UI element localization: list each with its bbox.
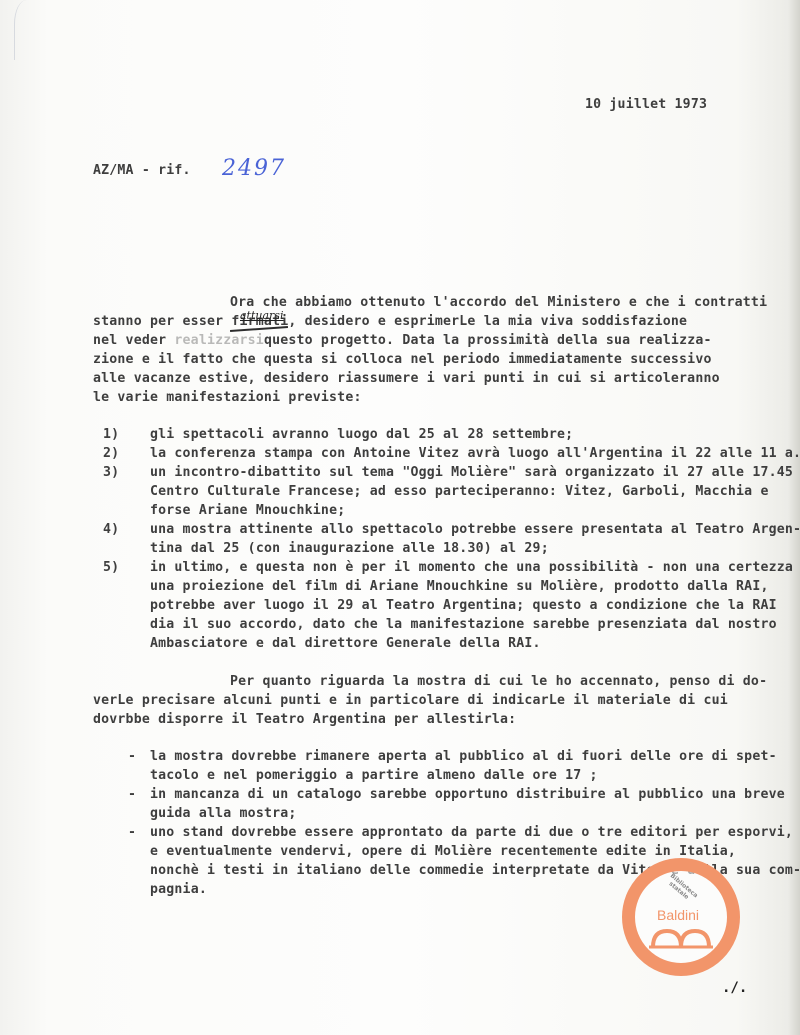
open-book-icon: [649, 927, 713, 949]
paragraph-line: stanno per esser firmati, desidero e esp…: [93, 313, 687, 331]
line-start: nel veder: [93, 333, 174, 348]
handwritten-correction: attuarsi: [240, 309, 283, 322]
stamp-name: Baldini: [657, 907, 699, 923]
bullet-dash: -: [128, 748, 136, 766]
line-end: questo progetto. Data la prossimità dell…: [264, 333, 712, 348]
paragraph-line: alle vacanze estive, desidero riassumere…: [93, 370, 720, 388]
paragraph-line: dovrbbe disporre il Teatro Argentina per…: [93, 711, 516, 729]
item-number: 3): [103, 464, 119, 482]
bullet-dash: -: [128, 824, 136, 842]
dash-item-line: tacolo e nel pomeriggio a partire almeno…: [150, 767, 598, 785]
dash-item-line: uno stand dovrebbe essere approntato da …: [150, 824, 793, 842]
numbered-item-line: dia il suo accordo, dato che la manifest…: [150, 616, 777, 634]
letter-date: 10 juillet 1973: [585, 96, 707, 114]
numbered-item-line: una mostra attinente allo spettacolo pot…: [150, 521, 800, 539]
paragraph-line: zione e il fatto che questa si colloca n…: [93, 351, 712, 369]
numbered-item-line: Centro Culturale Francese; ad esso parte…: [150, 483, 769, 501]
paragraph-line-corrected: nel veder realizzarsiquesto progetto. Da…: [93, 332, 712, 350]
numbered-item-line: forse Ariane Mnouchkine;: [150, 502, 345, 520]
paper-fold: [14, 0, 45, 60]
paragraph-line: Ora che abbiamo ottenuto l'accordo del M…: [230, 294, 767, 312]
paragraph-line: verLe precisare alcuni punti e in partic…: [93, 692, 728, 710]
dash-item-line: pagnia.: [150, 881, 207, 899]
dash-item-line: la mostra dovrebbe rimanere aperta al pu…: [150, 748, 777, 766]
struck-word: realizzarsi: [174, 333, 264, 348]
item-number: 2): [103, 445, 119, 463]
numbered-item-line: un incontro-dibattito sul tema "Oggi Mol…: [150, 464, 800, 482]
reference-label: AZ/MA - rif.: [93, 162, 191, 180]
numbered-item-line: tina dal 25 (con inaugurazione alle 18.3…: [150, 540, 549, 558]
item-number: 1): [103, 426, 119, 444]
letter-page: 10 juillet 1973 AZ/MA - rif. 2497 Ora ch…: [0, 0, 800, 1035]
paragraph-line: Per quanto riguarda la mostra di cui le …: [230, 673, 767, 691]
continuation-mark: ./.: [722, 980, 747, 996]
numbered-item-line: Ambasciatore e dal direttore Generale de…: [150, 635, 541, 653]
dash-item-line: guida alla mostra;: [150, 805, 297, 823]
numbered-item-line: la conferenza stampa con Antoine Vitez a…: [150, 445, 800, 463]
handwritten-reference-number: 2497: [222, 156, 286, 181]
numbered-item-line: potrebbe aver luogo il 29 al Teatro Arge…: [150, 597, 777, 615]
item-number: 4): [103, 521, 119, 539]
dash-item-line: in mancanza di un catalogo sarebbe oppor…: [150, 786, 785, 804]
library-stamp: Biblioteca statale Baldini: [622, 858, 740, 976]
dash-item-line: e eventualmente vendervi, opere di Moliè…: [150, 843, 736, 861]
numbered-item-line: una proiezione del film di Ariane Mnouch…: [150, 578, 769, 596]
item-number: 5): [103, 559, 119, 577]
bullet-dash: -: [128, 786, 136, 804]
numbered-item-line: gli spettacoli avranno luogo dal 25 al 2…: [150, 426, 573, 444]
stamp-small-text: Biblioteca statale: [664, 872, 698, 903]
numbered-item-line: in ultimo, e questa non è per il momento…: [150, 559, 800, 577]
paragraph-line: le varie manifestazioni previste:: [93, 389, 362, 407]
